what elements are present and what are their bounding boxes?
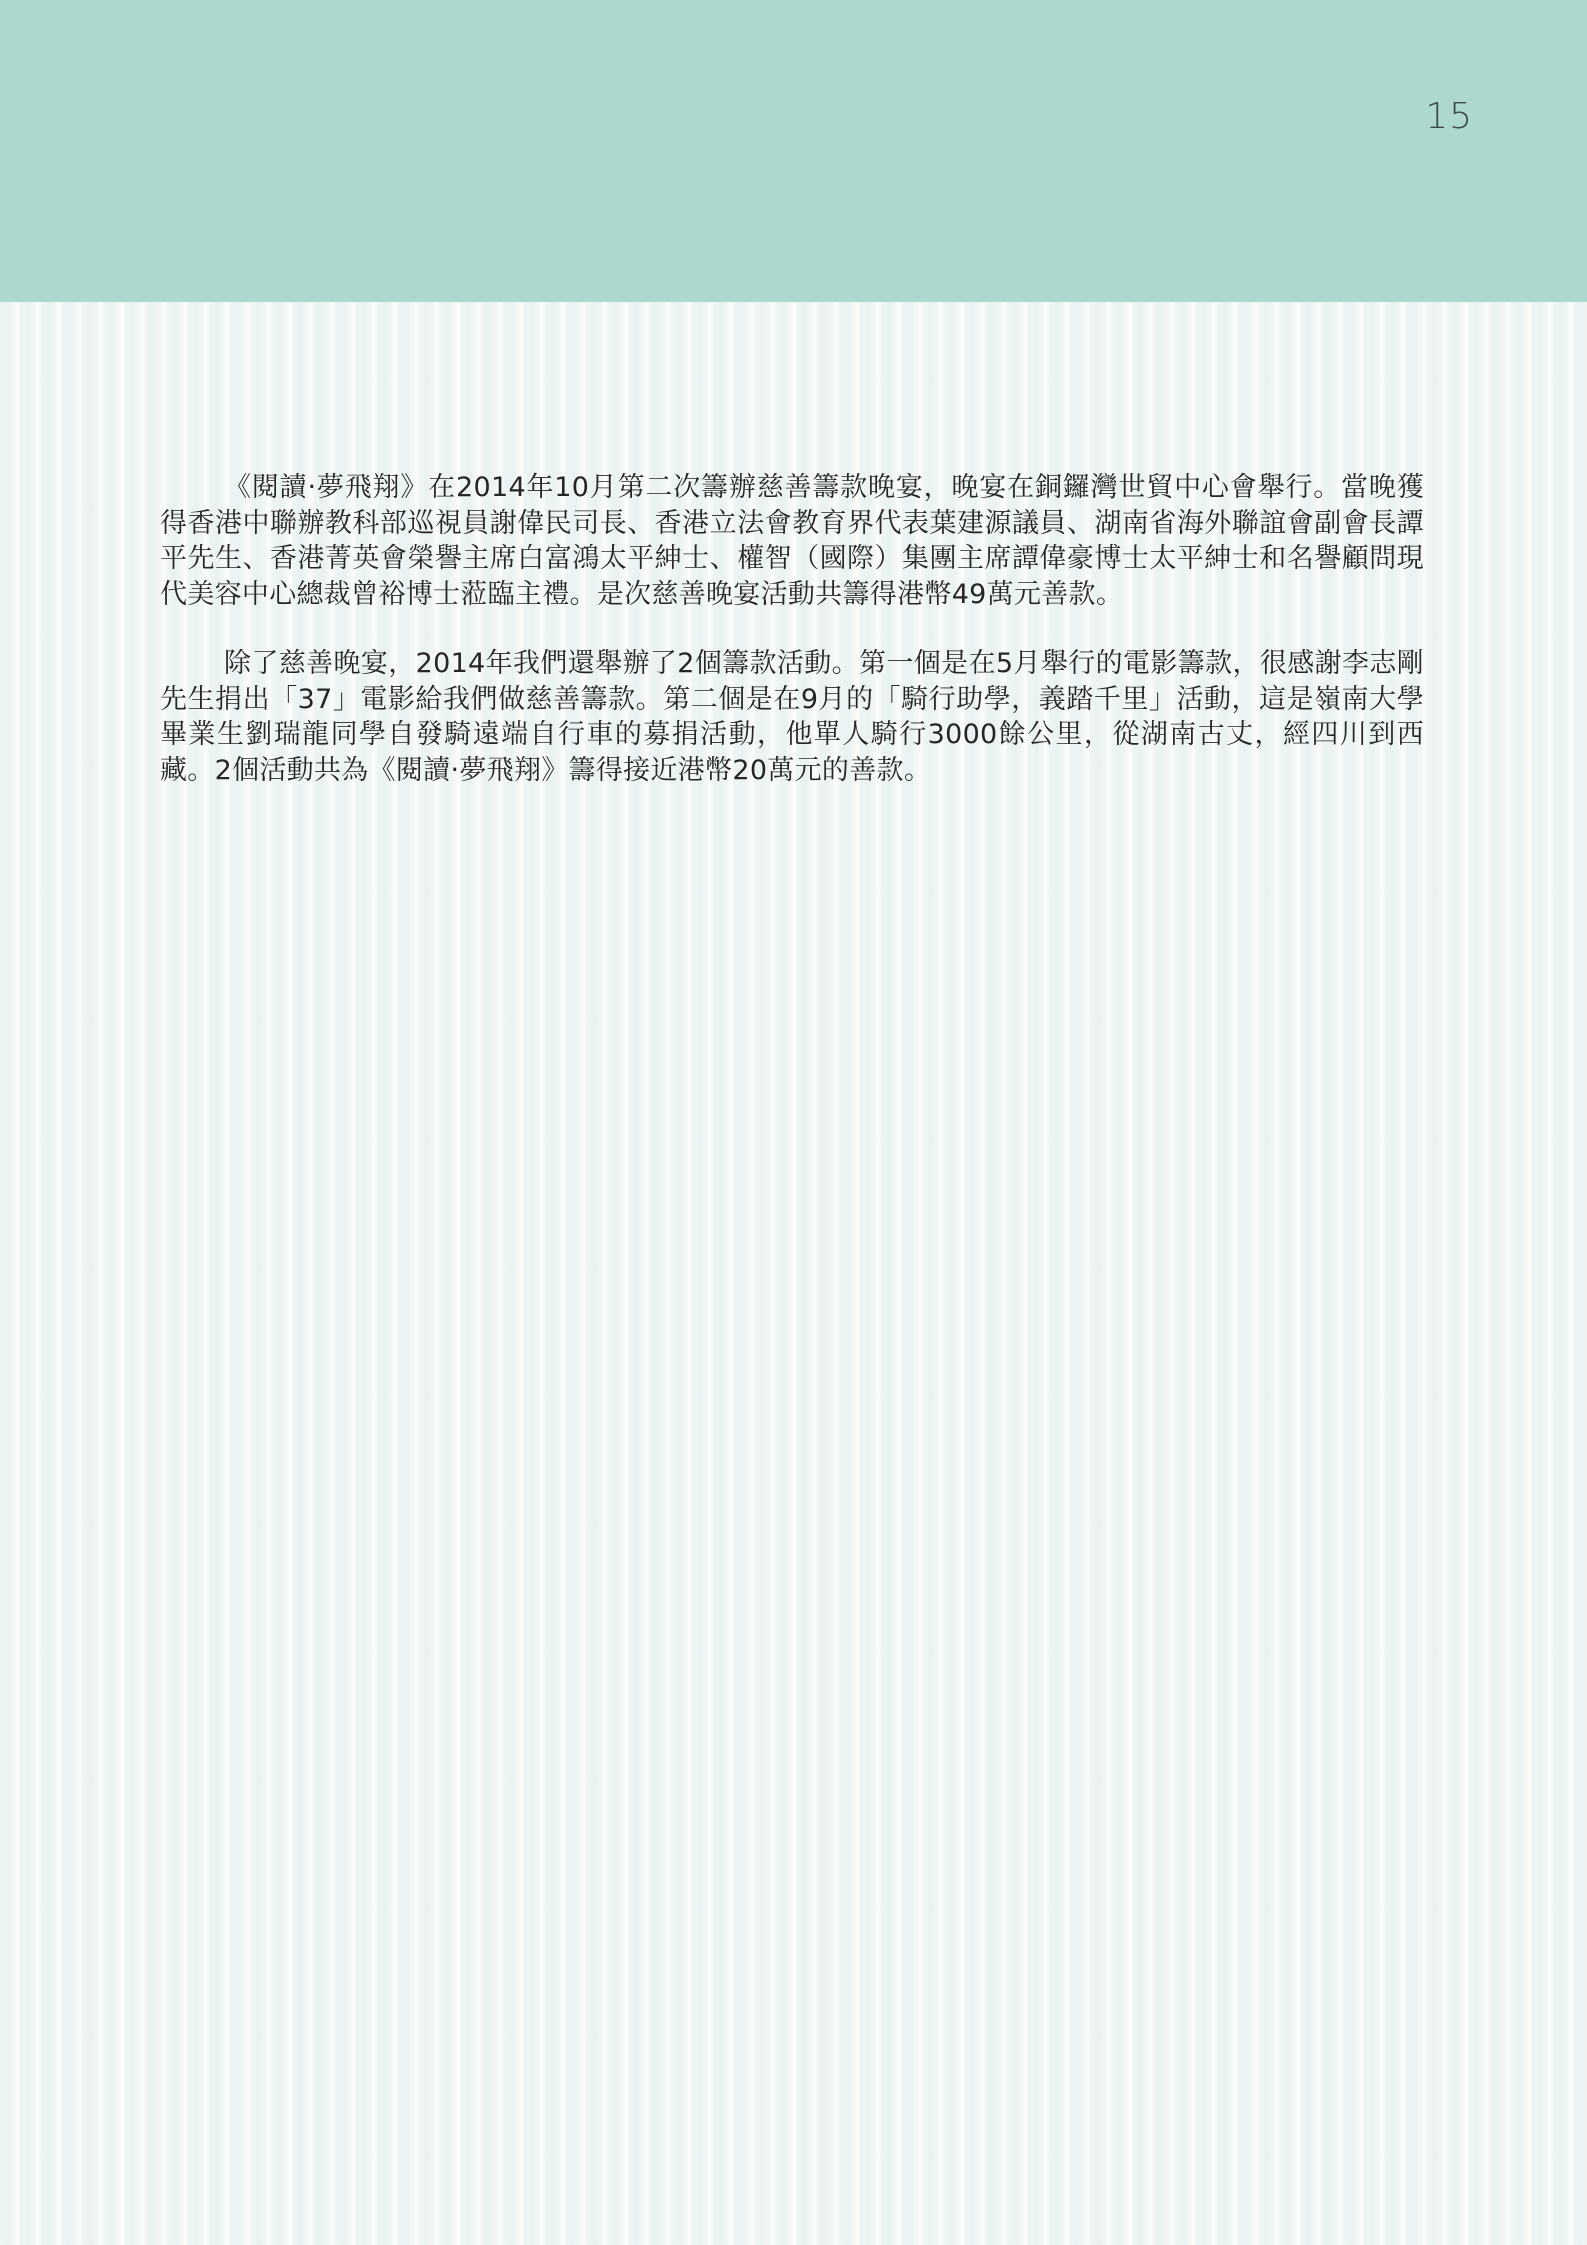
header-band: 15 bbox=[0, 0, 1587, 302]
paragraph-fundraising-events: 除了慈善晚宴，2014年我們還舉辦了2個籌款活動。第一個是在5月舉行的電影籌款，… bbox=[160, 646, 1424, 788]
paragraph-charity-dinner: 《閱讀‧夢飛翔》在2014年10月第二次籌辦慈善籌款晚宴，晚宴在銅鑼灣世貿中心會… bbox=[160, 470, 1424, 612]
page-number: 15 bbox=[1425, 96, 1473, 137]
body-text: 《閱讀‧夢飛翔》在2014年10月第二次籌辦慈善籌款晚宴，晚宴在銅鑼灣世貿中心會… bbox=[160, 470, 1424, 822]
